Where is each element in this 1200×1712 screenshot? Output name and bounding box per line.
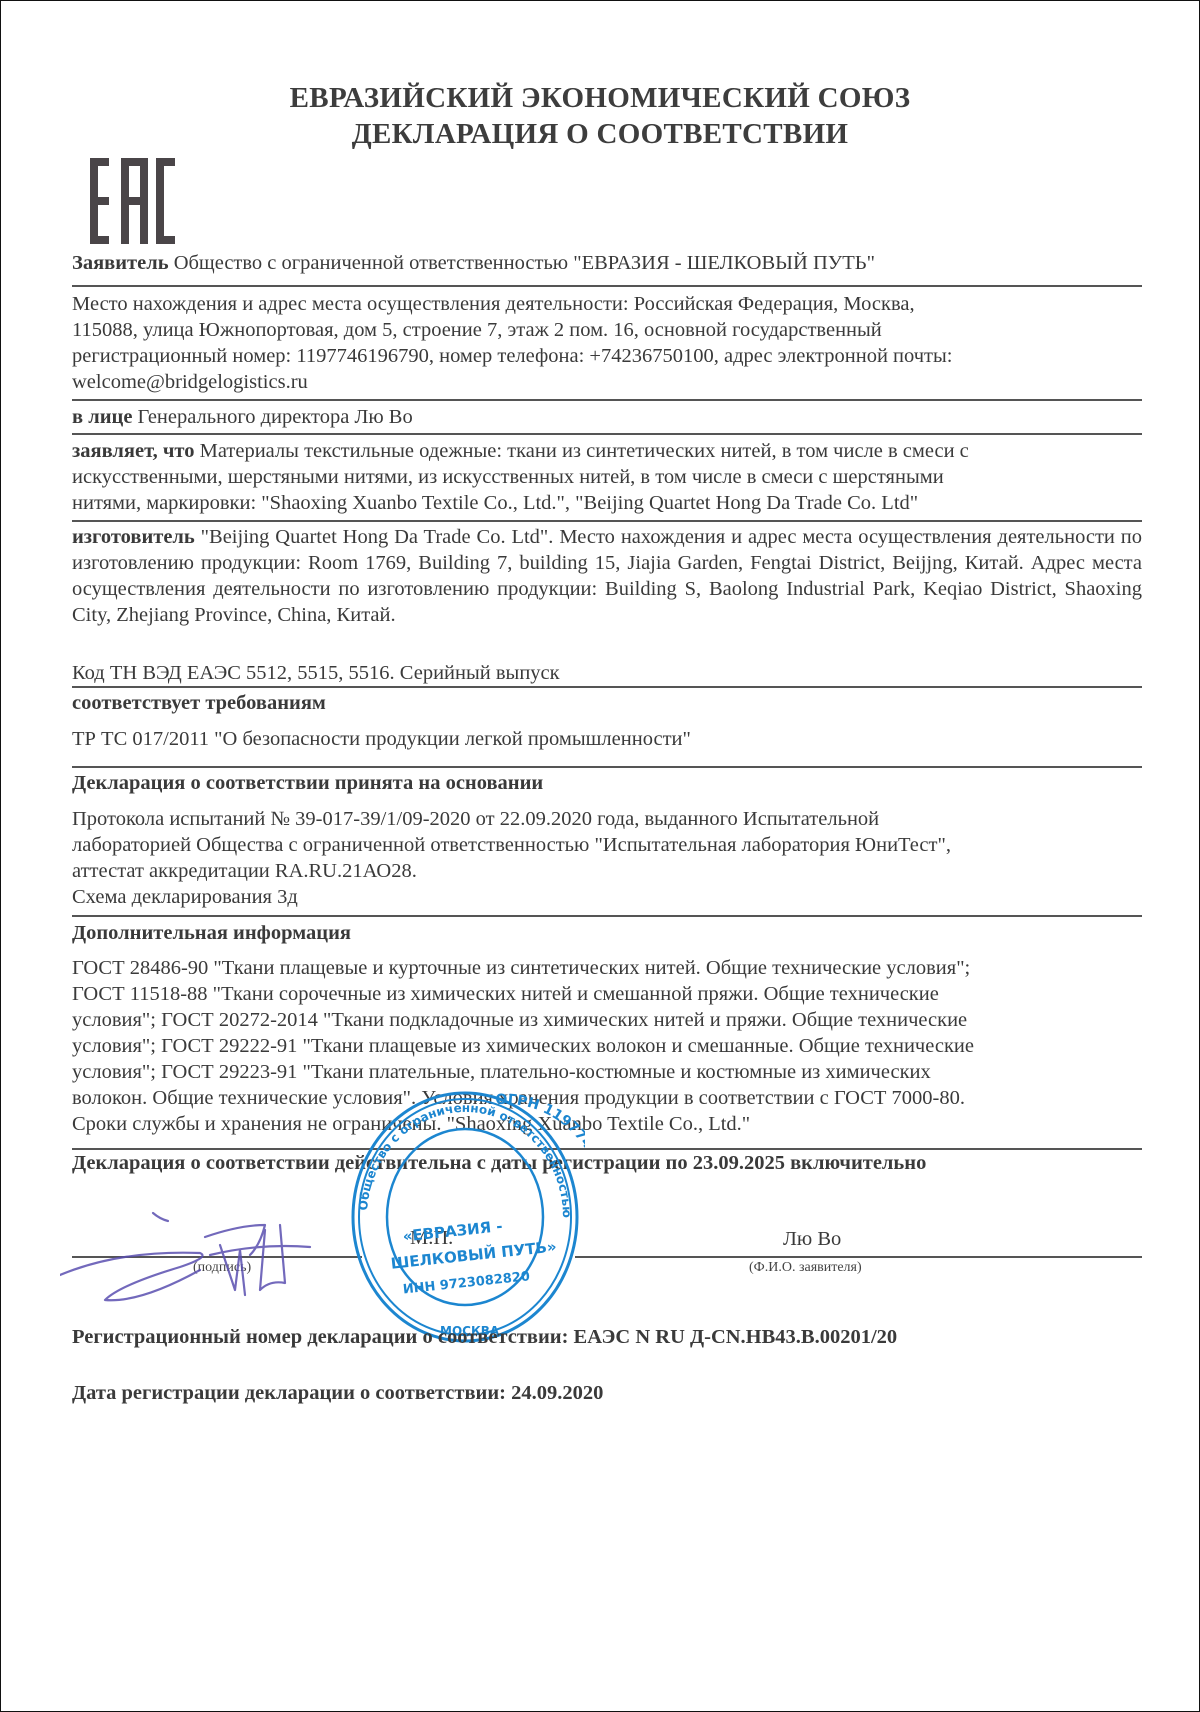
divider: [72, 399, 1142, 401]
tn-ved-code: Код ТН ВЭД ЕАЭС 5512, 5515, 5516. Серийн…: [72, 660, 1142, 686]
document-title: ДЕКЛАРАЦИЯ О СООТВЕТСТВИИ: [0, 118, 1200, 151]
divider: [72, 285, 1142, 287]
basis-line: Схема декларирования 3д: [72, 884, 1142, 910]
additional-line: волокон. Общие технические условия". Усл…: [72, 1085, 1142, 1111]
divider: [72, 1148, 1142, 1150]
additional-line: условия"; ГОСТ 29223-91 "Ткани плательны…: [72, 1059, 1142, 1085]
additional-line: ГОСТ 28486-90 "Ткани плащевые и курточны…: [72, 955, 1142, 981]
basis-line: Протокола испытаний № 39-017-39/1/09-202…: [72, 806, 1142, 832]
applicant-label: Заявитель: [72, 252, 169, 274]
manufacturer-label: изготовитель: [72, 526, 195, 548]
address-block: Место нахождения и адрес места осуществл…: [72, 291, 1142, 395]
divider: [72, 686, 1142, 688]
registration-date: Дата регистрации декларации о соответств…: [72, 1382, 603, 1405]
declares-label: заявляет, что: [72, 440, 194, 462]
additional-line: условия"; ГОСТ 29222-91 "Ткани плащевые …: [72, 1033, 1142, 1059]
declares-text: искусственными, шерстяными нитями, из ис…: [72, 464, 1142, 490]
address-line: регистрационный номер: 1197746196790, но…: [72, 343, 1142, 369]
eac-logo-icon: [90, 158, 176, 244]
divider: [72, 915, 1142, 917]
represented-by-row: в лице Генерального директора Лю Во: [72, 404, 1142, 430]
additional-line: Сроки службы и хранения не ограничены. "…: [72, 1111, 1142, 1137]
applicant-name: Лю Во: [783, 1226, 841, 1252]
basis-line: лабораторией Общества с ограниченной отв…: [72, 832, 1142, 858]
name-caption: (Ф.И.О. заявителя): [749, 1260, 862, 1276]
address-line: 115088, улица Южнопортовая, дом 5, строе…: [72, 317, 1142, 343]
name-line: [575, 1256, 1142, 1258]
declares-text: нитями, маркировки: "Shaoxing Xuanbo Tex…: [72, 490, 1142, 516]
stamp-line1: «ЕВРАЗИЯ -: [402, 1217, 504, 1245]
handwritten-signature-icon: [60, 1195, 320, 1315]
requirements-label: соответствует требованиям: [72, 690, 1142, 716]
manufacturer-text: "Beijing Quartet Hong Da Trade Co. Ltd".…: [72, 526, 1142, 626]
address-line: Место нахождения и адрес места осуществл…: [72, 291, 1142, 317]
applicant-value: Общество с ограниченной ответственностью…: [169, 252, 875, 274]
represented-by-label: в лице: [72, 406, 132, 428]
stamp-line3: ИНН 9723082820: [402, 1269, 530, 1297]
company-stamp-icon: Общество с ограниченной ответственностью…: [345, 1065, 585, 1350]
divider: [72, 766, 1142, 768]
basis-block: Протокола испытаний № 39-017-39/1/09-202…: [72, 806, 1142, 910]
declares-text: Материалы текстильные одежные: ткани из …: [194, 440, 968, 462]
declares-block: заявляет, что Материалы текстильные одеж…: [72, 438, 1142, 516]
represented-by-value: Генерального директора Лю Во: [132, 406, 412, 428]
divider: [72, 433, 1142, 435]
registration-number: Регистрационный номер декларации о соотв…: [72, 1326, 897, 1349]
additional-line: условия"; ГОСТ 20272-2014 "Ткани подклад…: [72, 1007, 1142, 1033]
address-line: welcome@bridgelogistics.ru: [72, 369, 1142, 395]
basis-line: аттестат аккредитации RA.RU.21АО28.: [72, 858, 1142, 884]
additional-label: Дополнительная информация: [72, 920, 1142, 946]
manufacturer-block: изготовитель "Beijing Quartet Hong Da Tr…: [72, 524, 1142, 628]
requirements-value: ТР ТС 017/2011 "О безопасности продукции…: [72, 726, 1142, 752]
divider: [72, 520, 1142, 522]
union-title: ЕВРАЗИЙСКИЙ ЭКОНОМИЧЕСКИЙ СОЮЗ: [0, 82, 1200, 115]
additional-line: ГОСТ 11518-88 "Ткани сорочечные из химич…: [72, 981, 1142, 1007]
basis-label: Декларация о соответствии принята на осн…: [72, 770, 1142, 796]
additional-block: ГОСТ 28486-90 "Ткани плащевые и курточны…: [72, 955, 1142, 1137]
applicant-row: Заявитель Общество с ограниченной ответс…: [72, 250, 1142, 276]
